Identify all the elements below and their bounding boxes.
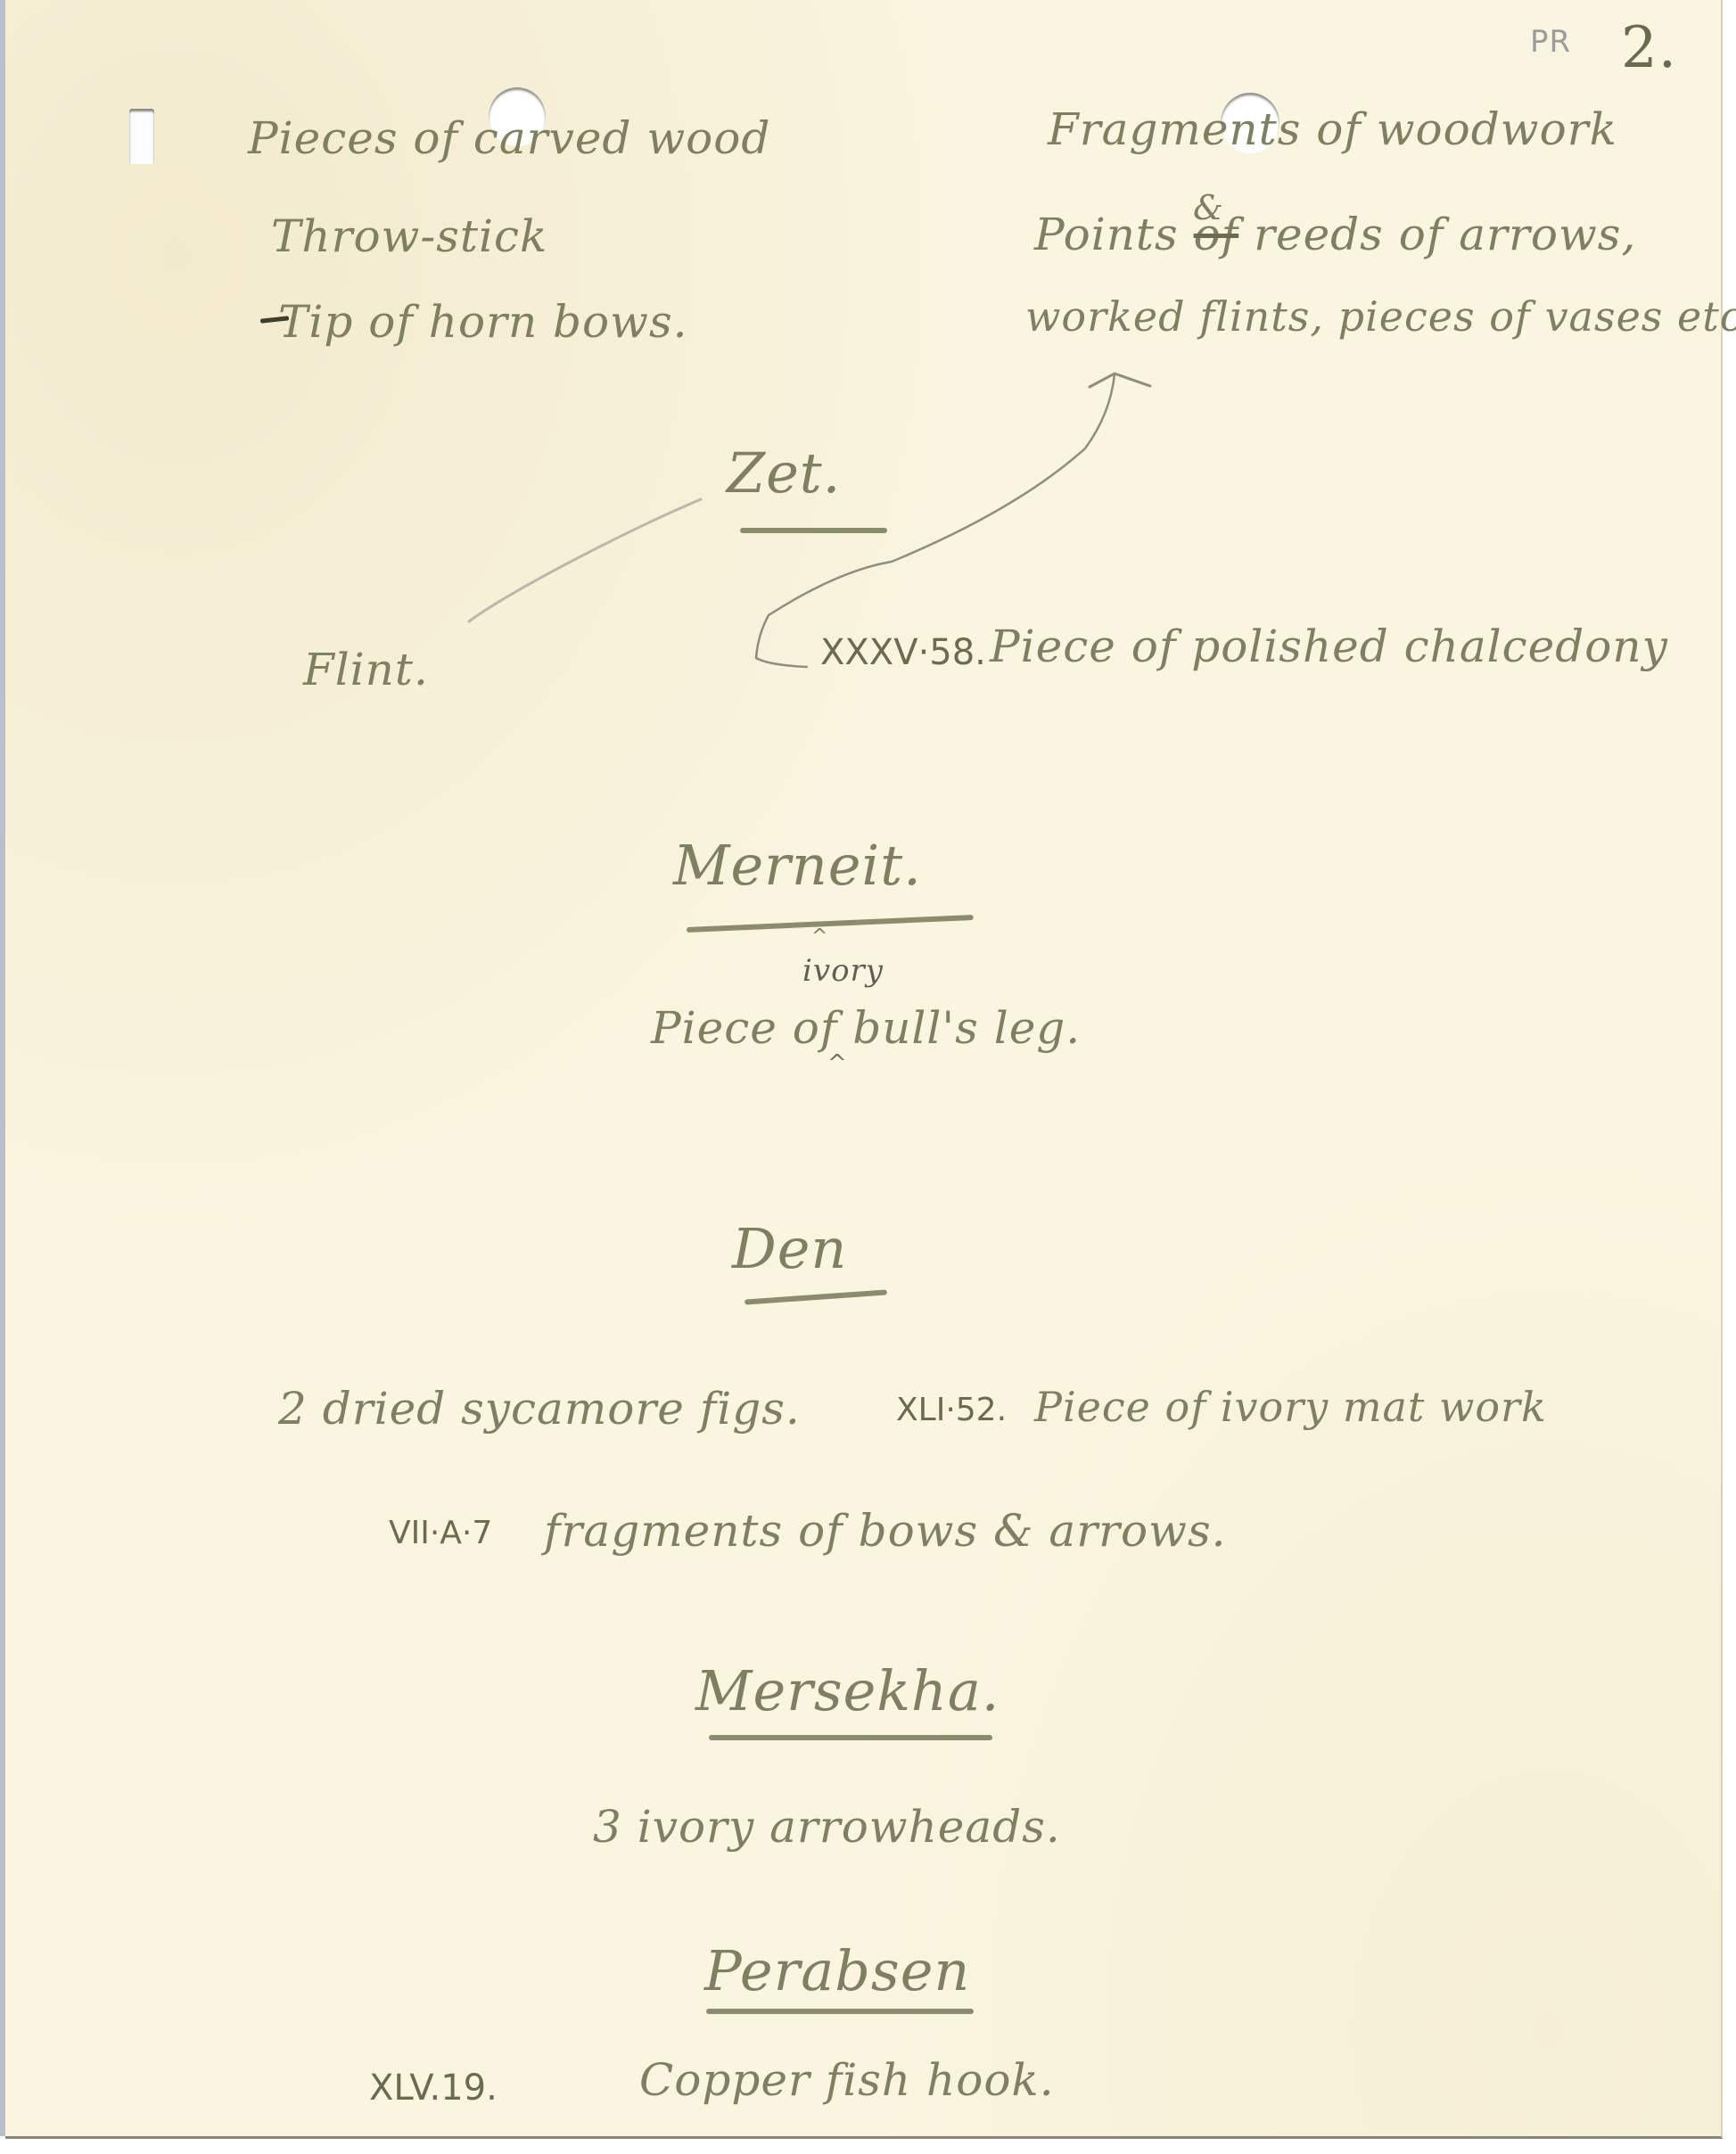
den-item-ref-2: VII·A·7 bbox=[389, 1517, 492, 1550]
section-heading-zet: Zet. bbox=[727, 446, 841, 501]
perabsen-item: Copper fish hook. bbox=[639, 2058, 1055, 2102]
heading-underline-perabsen bbox=[706, 2009, 974, 2014]
den-item-bows-arrows: fragments of bows & arrows. bbox=[544, 1509, 1227, 1553]
zet-item-chalcedony: Piece of polished chalcedony bbox=[990, 624, 1668, 669]
insertion-ivory: ivory bbox=[802, 956, 884, 986]
heading-underline-zet bbox=[740, 528, 887, 533]
zet-item-ref: XXXV·58. bbox=[820, 635, 986, 670]
heading-underline-mersekha bbox=[709, 1735, 992, 1740]
den-item-figs: 2 dried sycamore figs. bbox=[278, 1386, 801, 1431]
caret-mark-bottom: ^ bbox=[827, 1052, 848, 1075]
den-item-ref-1: XLI·52. bbox=[896, 1394, 1007, 1426]
caret-mark-top: ^ bbox=[811, 927, 828, 947]
section-heading-den: Den bbox=[732, 1221, 847, 1277]
section-heading-mersekha: Mersekha. bbox=[695, 1664, 1000, 1719]
section-heading-perabsen: Perabsen bbox=[704, 1944, 970, 1999]
arrowhead-icon bbox=[1090, 374, 1150, 387]
merneit-item: Piece of bull's leg. bbox=[651, 1006, 1081, 1050]
mersekha-item: 3 ivory arrowheads. bbox=[593, 1805, 1061, 1849]
section-heading-merneit: Merneit. bbox=[673, 838, 922, 893]
den-item-mat-work: Piece of ivory mat work bbox=[1034, 1386, 1547, 1427]
perabsen-item-ref: XLV.19. bbox=[369, 2070, 498, 2106]
flint-connector-line bbox=[469, 499, 701, 621]
zet-item-flint: Flint. bbox=[303, 647, 429, 692]
